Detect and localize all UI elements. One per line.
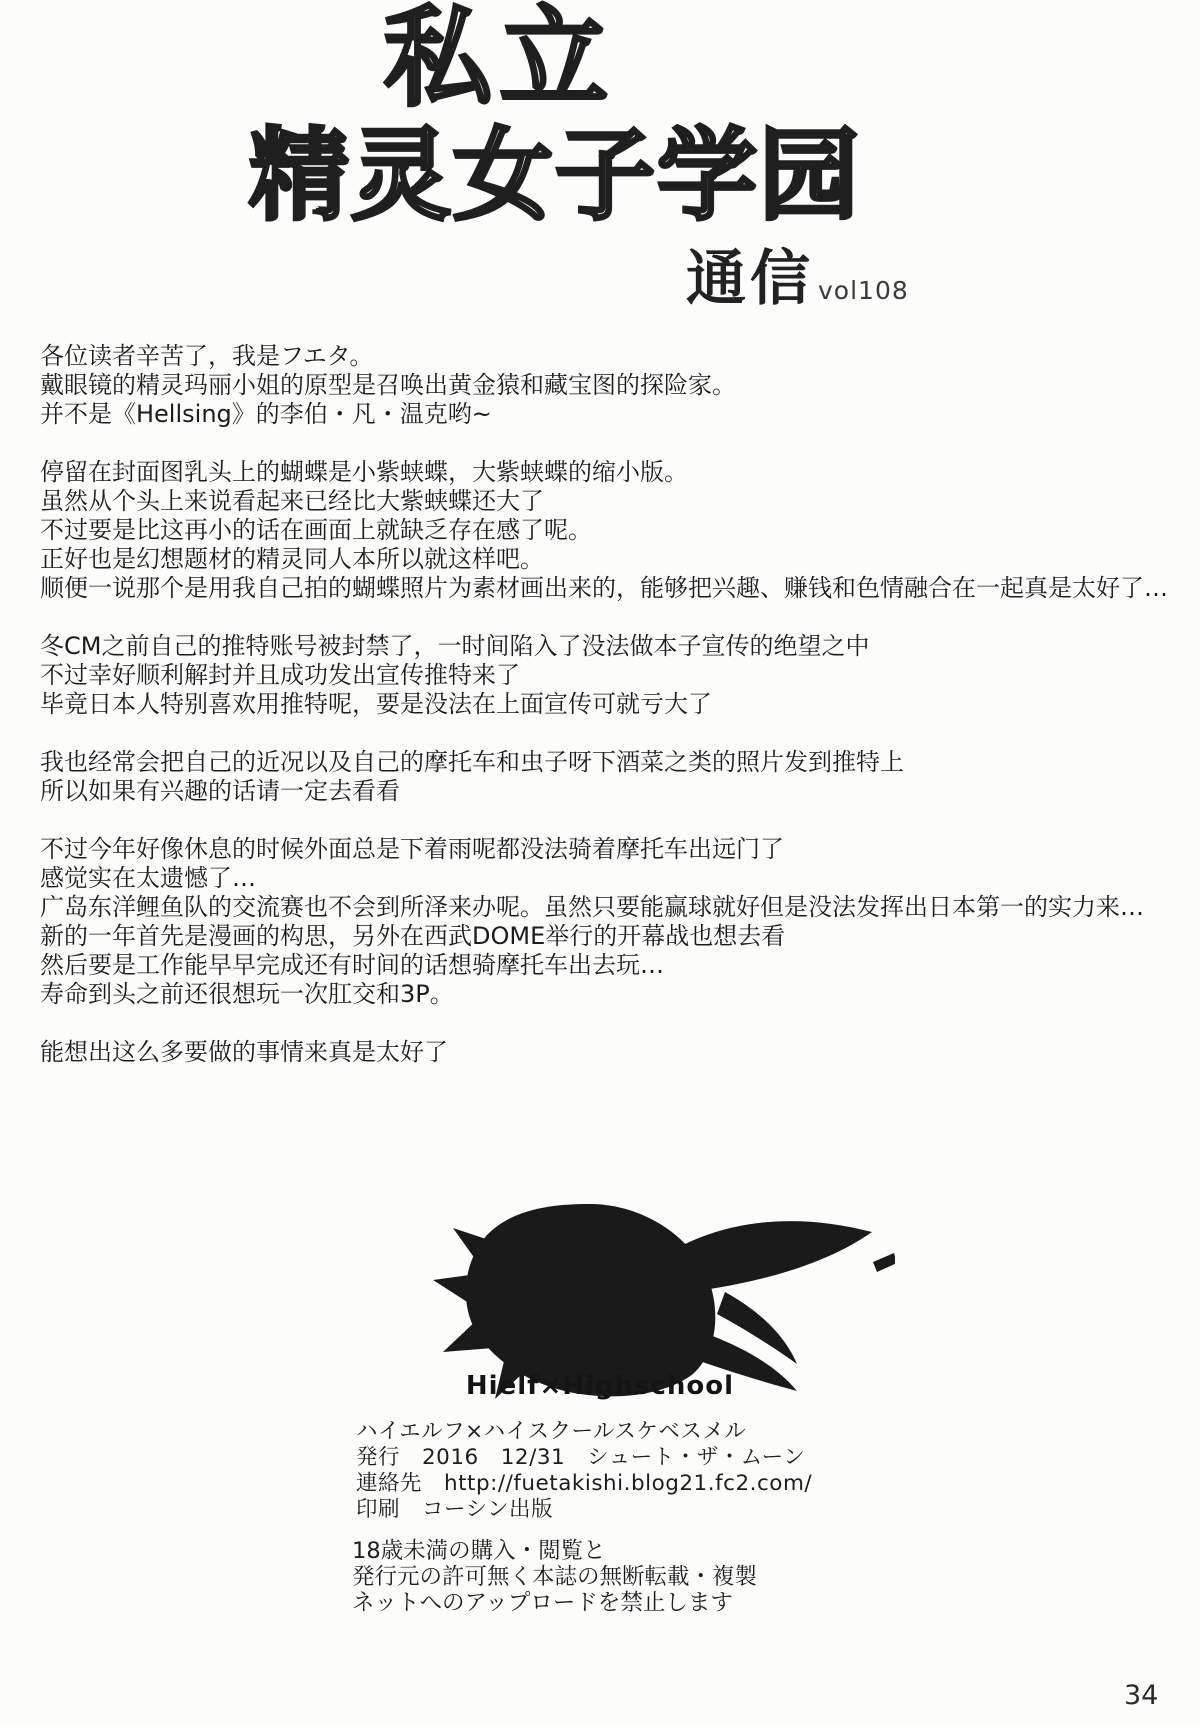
afterword-paragraph: 不过今年好像休息的时候外面总是下着雨呢都没法骑着摩托车出远门了 感觉实在太遗憾了… [40, 835, 1200, 1009]
circle-logo-text: Hielf×Highschool [430, 1371, 770, 1401]
afterword-paragraph: 各位读者辛苦了，我是フエタ。 戴眼镜的精灵玛丽小姐的原型是召唤出黄金猿和藏宝图的… [40, 342, 1200, 429]
colophon-line-published: 発行 2016 12/31 シュート・ザ・ムーン [356, 1445, 812, 1471]
colophon: ハイエルフ×ハイスクールスケベスメル 発行 2016 12/31 シュート・ザ・… [356, 1419, 812, 1523]
afterword-body: 各位读者辛苦了，我是フエタ。 戴眼镜的精灵玛丽小姐的原型是召唤出黄金猿和藏宝图的… [40, 342, 1200, 1096]
disclaimer-line: 発行元の許可無く本誌の無断転載・複製 [352, 1564, 757, 1590]
page-title-line2: 精灵女子学园 [0, 118, 1110, 233]
afterword-paragraph: 冬CM之前自己的推特账号被封禁了，一时间陷入了没法做本子宣传的绝望之中 不过幸好… [40, 632, 1200, 719]
doujin-afterword-page: 私立 精灵女子学园 通信 vol108 各位读者辛苦了，我是フエタ。 戴眼镜的精… [0, 0, 1200, 1725]
elf-silhouette-svg [425, 1102, 895, 1402]
disclaimer-line: ネットへのアップロードを禁止します [352, 1590, 757, 1616]
page-title-line1: 私立 [0, 0, 1000, 119]
disclaimer-line: 18歳未満の購入・閲覧と [352, 1538, 757, 1564]
afterword-paragraph: 能想出这么多要做的事情来真是太好了 [40, 1038, 1200, 1067]
volume-label: vol108 [818, 276, 909, 305]
colophon-line-title: ハイエルフ×ハイスクールスケベスメル [356, 1419, 812, 1445]
title-subline: 通信 vol108 [686, 246, 909, 312]
colophon-line-contact: 連絡先 http://fuetakishi.blog21.fc2.com/ [356, 1471, 812, 1497]
page-number: 34 [1124, 1680, 1158, 1711]
colophon-line-printer: 印刷 コーシン出版 [356, 1497, 812, 1523]
elf-silhouette-image [425, 1102, 895, 1402]
disclaimer: 18歳未満の購入・閲覧と 発行元の許可無く本誌の無断転載・複製 ネットへのアップ… [352, 1538, 757, 1616]
afterword-paragraph: 停留在封面图乳头上的蝴蝶是小紫蛱蝶，大紫蛱蝶的缩小版。 虽然从个头上来说看起来已… [40, 458, 1200, 603]
newsletter-label: 通信 [686, 246, 814, 312]
afterword-paragraph: 我也经常会把自己的近况以及自己的摩托车和虫子呀下酒菜之类的照片发到推特上 所以如… [40, 748, 1200, 806]
